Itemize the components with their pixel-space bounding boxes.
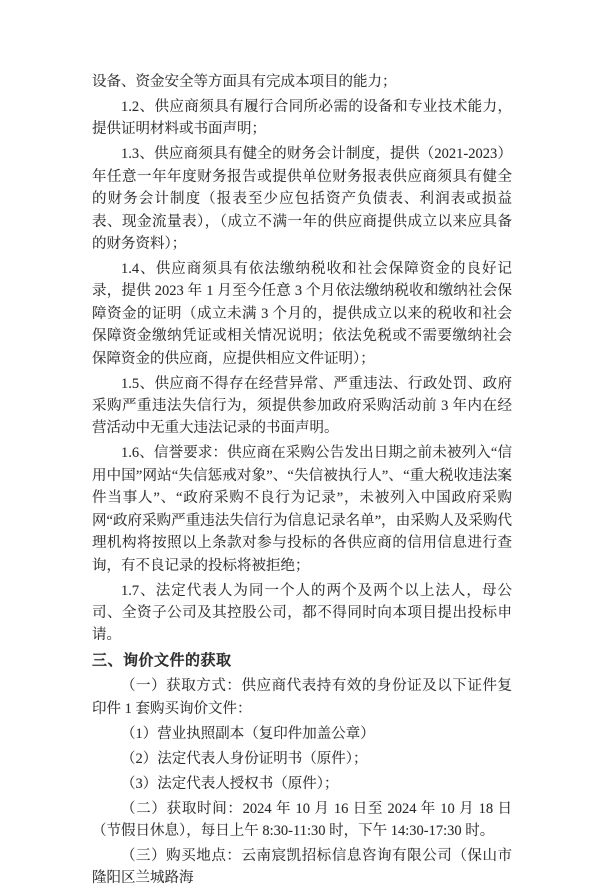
paragraph: （2）法定代表人身份证明书（原件）； xyxy=(92,748,512,770)
paragraph: 1.5、供应商不得存在经营异常、严重违法、行政处罚、政府采购严重违法失信行为，须… xyxy=(92,373,512,440)
paragraph: （1）营业执照副本（复印件加盖公章） xyxy=(92,723,512,745)
paragraph: 1.4、供应商须具有依法缴纳税收和社会保障资金的良好记录，提供 2023 年 1… xyxy=(92,258,512,370)
section-heading: 三、询价文件的获取 xyxy=(92,650,512,672)
paragraph: （3）法定代表人授权书（原件）； xyxy=(92,773,512,795)
paragraph: 1.2、供应商须具有履行合同所必需的设备和专业技术能力，提供证明材料或书面声明； xyxy=(92,96,512,141)
document-body: 设备、资金安全等方面具有完成本项目的能力；1.2、供应商须具有履行合同所必需的设… xyxy=(92,71,512,849)
paragraph: （一）获取方式：供应商代表持有效的身份证及以下证件复印件 1 套购买询价文件： xyxy=(92,675,512,720)
paragraph: （三）购买地点：云南宸凯招标信息咨询有限公司（保山市隆阳区兰城路海 xyxy=(92,845,512,849)
document-page: 设备、资金安全等方面具有完成本项目的能力；1.2、供应商须具有履行合同所必需的设… xyxy=(0,0,600,849)
paragraph: 1.3、供应商须具有健全的财务会计制度，提供（2021-2023）年任意一年年度… xyxy=(92,143,512,255)
paragraph: （二）获取时间：2024 年 10 月 16 日至 2024 年 10 月 18… xyxy=(92,798,512,843)
paragraph: 1.6、信誉要求：供应商在采购公告发出日期之前未被列入“信用中国”网站“失信惩戒… xyxy=(92,442,512,576)
paragraph: 设备、资金安全等方面具有完成本项目的能力； xyxy=(92,71,512,93)
paragraph: 1.7、法定代表人为同一个人的两个及两个以上法人，母公司、全资子公司及其控股公司… xyxy=(92,580,512,647)
